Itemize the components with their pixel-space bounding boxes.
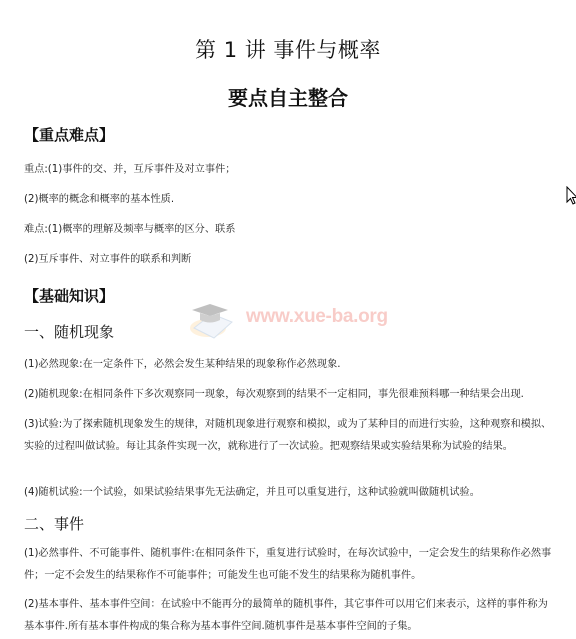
subsection-heading-random-phenomena: 一、随机现象 [24,321,114,342]
section-heading-basics: 【基础知识】 [24,285,114,306]
paragraph: (2)互斥事件、对立事件的联系和判断 [24,249,552,270]
paragraph: 难点:(1)概率的理解及频率与概率的区分、联系 [24,219,552,240]
subsection-heading-events: 二、事件 [24,513,84,534]
document-page: 第 1 讲 事件与概率 要点自主整合 【重点难点】 重点:(1)事件的交、并，互… [0,0,576,639]
paragraph: (2)基本事件、基本事件空间：在试验中不能再分的最简单的随机事件，其它事件可以用… [24,594,552,638]
section-heading-key-points: 【重点难点】 [24,124,114,145]
paragraph: (3)试验:为了探索随机现象发生的规律，对随机现象进行观察和模拟，或为了某种目的… [24,414,552,458]
document-subtitle: 要点自主整合 [0,82,576,111]
paragraph: (4)随机试验:一个试验，如果试验结果事先无法确定，并且可以重复进行，这种试验就… [24,482,552,503]
paragraph: (2)随机现象:在相同条件下多次观察同一现象，每次观察到的结果不一定相同，事先很… [24,384,552,405]
mouse-pointer-icon [566,186,576,206]
paragraph: 重点:(1)事件的交、并，互斥事件及对立事件； [24,159,552,180]
paragraph: (2)概率的概念和概率的基本性质. [24,189,552,210]
document-title: 第 1 讲 事件与概率 [0,34,576,64]
watermark-text: www.xue-ba.org [246,306,388,328]
watermark: www.xue-ba.org [188,300,398,340]
graduation-cap-book-icon [188,300,240,340]
paragraph: (1)必然现象:在一定条件下，必然会发生某种结果的现象称作必然现象. [24,354,552,375]
paragraph: (1)必然事件、不可能事件、随机事件:在相同条件下，重复进行试验时，在每次试验中… [24,543,552,587]
